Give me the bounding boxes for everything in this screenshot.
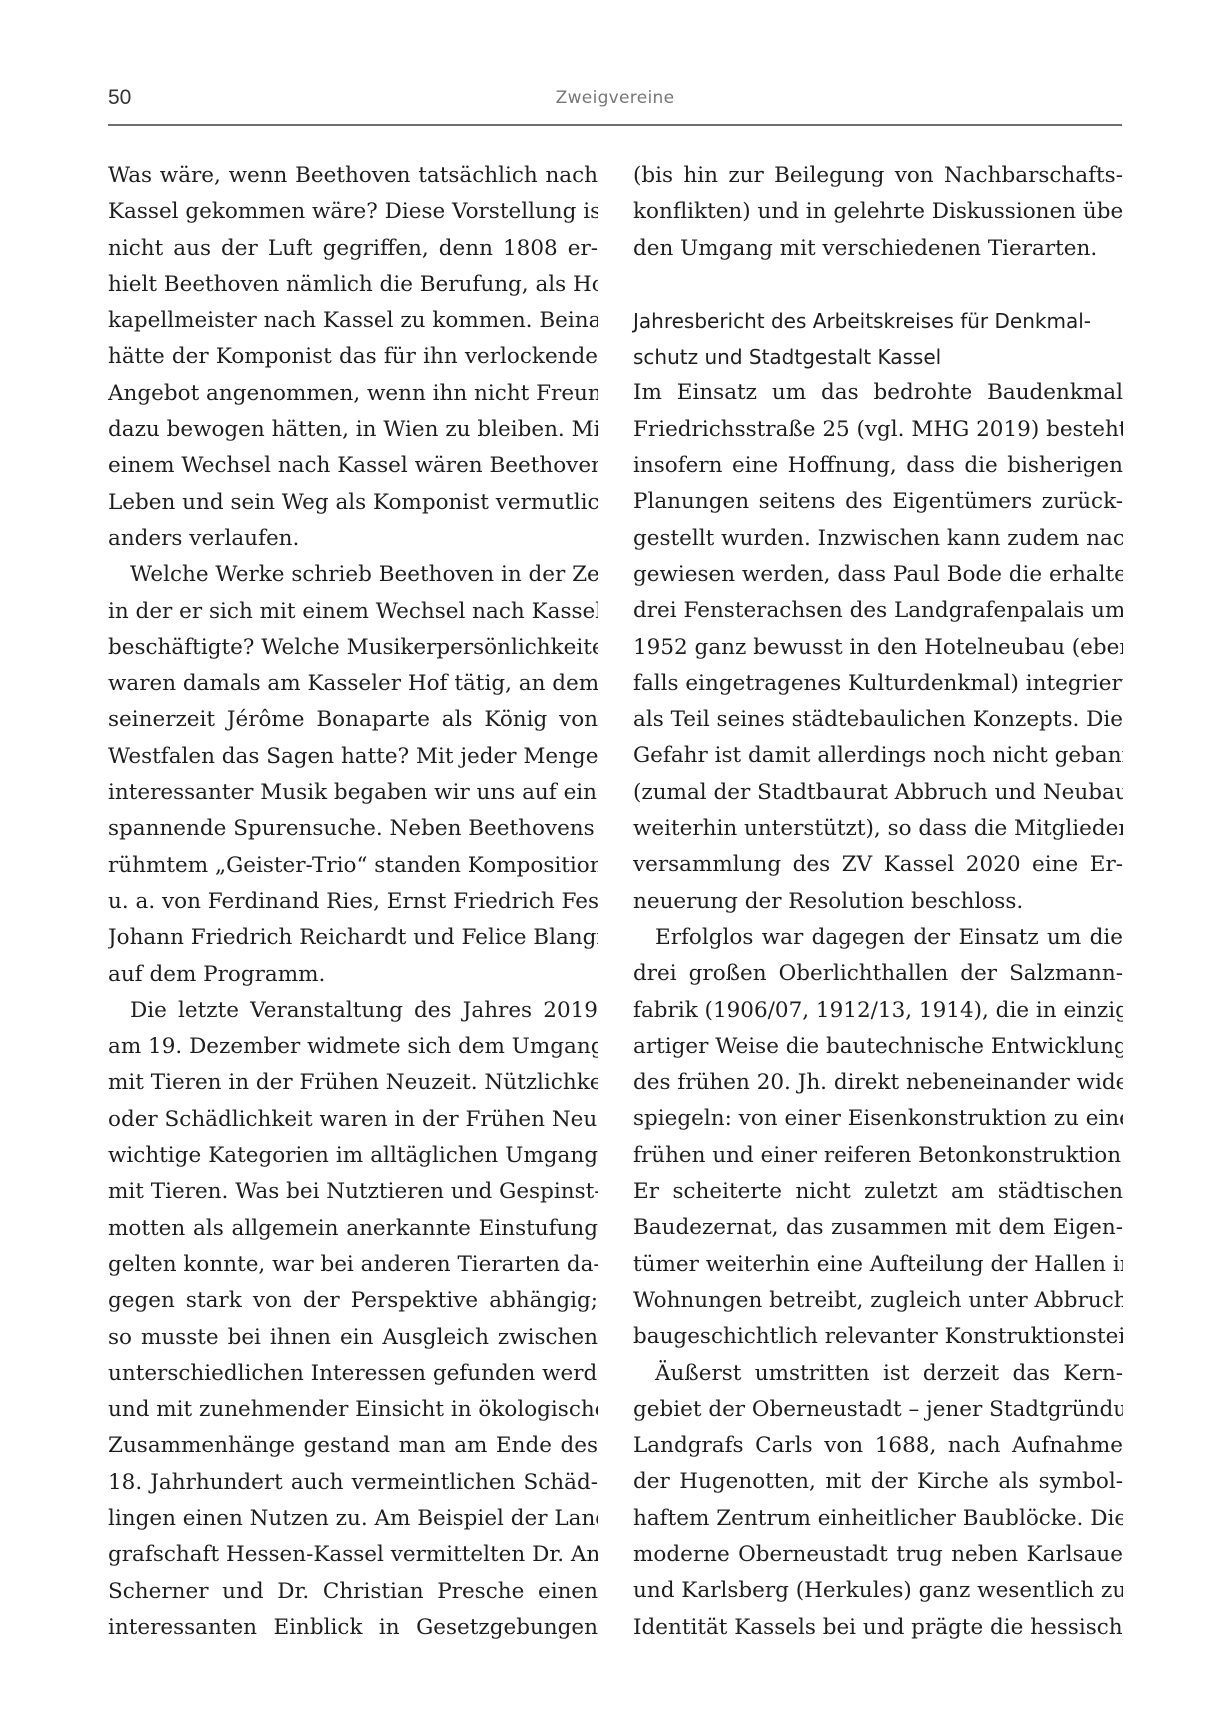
- text-line: oder Schädlichkeit waren in der Frühen N…: [108, 1102, 598, 1138]
- text-line: Äußerst umstritten ist derzeit das Kern-: [633, 1356, 1123, 1392]
- section-spacer: [633, 267, 1123, 303]
- text-line: motten als allgemein anerkannte Einstufu…: [108, 1211, 598, 1247]
- text-line: interessanter Musik begaben wir uns auf …: [108, 775, 598, 811]
- left-column: Was wäre, wenn Beethoven tatsächlich nac…: [108, 158, 598, 1646]
- document-page: 50 Zweigvereine Was wäre, wenn Beethoven…: [0, 0, 1225, 1730]
- section-heading: Jahresbericht des Arbeitskreises für Den…: [633, 303, 1123, 376]
- text-line: neuerung der Resolution beschloss.: [633, 884, 1123, 920]
- text-line: versammlung des ZV Kassel 2020 eine Er-: [633, 847, 1123, 883]
- text-line: haftem Zentrum einheitlicher Baublöcke. …: [633, 1501, 1123, 1537]
- running-head: 50 Zweigvereine: [108, 86, 1122, 116]
- text-line: mit Tieren in der Frühen Neuzeit. Nützli…: [108, 1065, 598, 1101]
- text-line: gebiet der Oberneustadt – jener Stadtgrü…: [633, 1392, 1123, 1428]
- text-line: 18. Jahrhundert auch vermeintlichen Schä…: [108, 1465, 598, 1501]
- text-line: moderne Oberneustadt trug neben Karlsaue: [633, 1537, 1123, 1573]
- text-line: waren damals am Kasseler Hof tätig, an d…: [108, 666, 598, 702]
- text-line: Zusammenhänge gestand man am Ende des: [108, 1428, 598, 1464]
- text-line: mit Tieren. Was bei Nutztieren und Gespi…: [108, 1174, 598, 1210]
- text-line: Welche Werke schrieb Beethoven in der Ze…: [108, 557, 598, 593]
- paragraph: Im Einsatz um das bedrohte Baudenkmal Fr…: [633, 375, 1123, 919]
- text-line: frühen und einer reiferen Betonkonstrukt…: [633, 1138, 1123, 1174]
- text-line: so musste bei ihnen ein Ausgleich zwisch…: [108, 1320, 598, 1356]
- text-line: Johann Friedrich Reichardt und Felice Bl…: [108, 920, 598, 956]
- text-line: Identität Kassels bei und prägte die hes…: [633, 1610, 1123, 1646]
- text-line: Landgrafs Carls von 1688, nach Aufnahme: [633, 1428, 1123, 1464]
- text-line: weiterhin unterstützt), so dass die Mitg…: [633, 811, 1123, 847]
- text-line: Kassel gekommen wäre? Diese Vorstellung …: [108, 194, 598, 230]
- paragraph: Die letzte Veranstaltung des Jahres 2019…: [108, 993, 598, 1646]
- text-line: dazu bewogen hätten, in Wien zu bleiben.…: [108, 412, 598, 448]
- text-line: Die letzte Veranstaltung des Jahres 2019: [108, 993, 598, 1029]
- text-line: falls eingetragenes Kulturdenkmal) integ…: [633, 666, 1123, 702]
- heading-line: schutz und Stadtgestalt Kassel: [633, 339, 1123, 375]
- text-line: einem Wechsel nach Kassel wären Beethove…: [108, 448, 598, 484]
- text-line: Scherner und Dr. Christian Presche einen: [108, 1574, 598, 1610]
- text-line: drei großen Oberlichthallen der Salzmann…: [633, 956, 1123, 992]
- text-line: Erfolglos war dagegen der Einsatz um die: [633, 920, 1123, 956]
- text-line: Planungen seitens des Eigentümers zurück…: [633, 484, 1123, 520]
- text-line: gegen stark von der Perspektive abhängig…: [108, 1283, 598, 1319]
- text-line: u. a. von Ferdinand Ries, Ernst Friedric…: [108, 884, 598, 920]
- text-line: Angebot angenommen, wenn ihn nicht Freun…: [108, 376, 598, 412]
- text-line: als Teil seines städtebaulichen Konzepts…: [633, 702, 1123, 738]
- text-line: Baudezernat, das zusammen mit dem Eigen-: [633, 1210, 1123, 1246]
- header-rule: [108, 124, 1122, 126]
- text-line: wichtige Kategorien im alltäglichen Umga…: [108, 1138, 598, 1174]
- text-line: Leben und sein Weg als Komponist vermutl…: [108, 485, 598, 521]
- text-line: beschäftigte? Welche Musikerpersönlichke…: [108, 630, 598, 666]
- text-line: auf dem Programm.: [108, 957, 598, 993]
- right-column: (bis hin zur Beilegung von Nachbarschaft…: [633, 158, 1123, 1646]
- text-line: grafschaft Hessen-Kassel vermittelten Dr…: [108, 1537, 598, 1573]
- running-section-title: Zweigvereine: [108, 88, 1122, 108]
- text-line: (zumal der Stadtbaurat Abbruch und Neuba…: [633, 775, 1123, 811]
- paragraph: Welche Werke schrieb Beethoven in der Ze…: [108, 557, 598, 993]
- text-line: unterschiedlichen Interessen gefunden we…: [108, 1356, 598, 1392]
- text-line: seinerzeit Jérôme Bonaparte als König vo…: [108, 702, 598, 738]
- text-line: gelten konnte, war bei anderen Tierarten…: [108, 1247, 598, 1283]
- text-line: rühmtem „Geister-Trio“ standen Kompositi…: [108, 848, 598, 884]
- text-line: der Hugenotten, mit der Kirche als symbo…: [633, 1464, 1123, 1500]
- paragraph: Was wäre, wenn Beethoven tatsächlich nac…: [108, 158, 598, 557]
- text-line: Friedrichsstraße 25 (vgl. MHG 2019) best…: [633, 412, 1123, 448]
- text-line: baugeschichtlich relevanter Konstruktion…: [633, 1319, 1123, 1355]
- text-line: insofern eine Hoffnung, dass die bisheri…: [633, 448, 1123, 484]
- text-line: und Karlsberg (Herkules) ganz wesentlich…: [633, 1573, 1123, 1609]
- text-line: drei Fensterachsen des Landgrafenpalais …: [633, 593, 1123, 629]
- text-line: 1952 ganz bewusst in den Hotelneubau (eb…: [633, 630, 1123, 666]
- text-line: am 19. Dezember widmete sich dem Umgang: [108, 1029, 598, 1065]
- text-line: den Umgang mit verschiedenen Tierarten.: [633, 231, 1123, 267]
- text-line: Was wäre, wenn Beethoven tatsächlich nac…: [108, 158, 598, 194]
- text-line: des frühen 20. Jh. direkt nebeneinander …: [633, 1065, 1123, 1101]
- text-line: kapellmeister nach Kassel zu kommen. Bei…: [108, 303, 598, 339]
- text-line: artiger Weise die bautechnische Entwickl…: [633, 1029, 1123, 1065]
- text-line: fabrik (1906/07, 1912/13, 1914), die in …: [633, 993, 1123, 1029]
- text-line: in der er sich mit einem Wechsel nach Ka…: [108, 594, 598, 630]
- text-line: lingen einen Nutzen zu. Am Beispiel der …: [108, 1501, 598, 1537]
- text-line: Im Einsatz um das bedrohte Baudenkmal: [633, 375, 1123, 411]
- text-line: konflikten) und in gelehrte Diskussionen…: [633, 194, 1123, 230]
- text-line: gewiesen werden, dass Paul Bode die erha…: [633, 557, 1123, 593]
- text-line: spiegeln: von einer Eisenkonstruktion zu…: [633, 1101, 1123, 1137]
- text-line: (bis hin zur Beilegung von Nachbarschaft…: [633, 158, 1123, 194]
- text-line: Er scheiterte nicht zuletzt am städtisch…: [633, 1174, 1123, 1210]
- text-line: anders verlaufen.: [108, 521, 598, 557]
- text-line: Westfalen das Sagen hatte? Mit jeder Men…: [108, 739, 598, 775]
- heading-line: Jahresbericht des Arbeitskreises für Den…: [633, 303, 1123, 339]
- text-line: hielt Beethoven nämlich die Berufung, al…: [108, 267, 598, 303]
- text-line: nicht aus der Luft gegriffen, denn 1808 …: [108, 231, 598, 267]
- text-line: tümer weiterhin eine Aufteilung der Hall…: [633, 1247, 1123, 1283]
- text-line: Gefahr ist damit allerdings noch nicht g…: [633, 738, 1123, 774]
- text-line: Wohnungen betreibt, zugleich unter Abbru…: [633, 1283, 1123, 1319]
- paragraph-continuation: (bis hin zur Beilegung von Nachbarschaft…: [633, 158, 1123, 267]
- text-line: gestellt wurden. Inzwischen kann zudem n…: [633, 521, 1123, 557]
- paragraph: Äußerst umstritten ist derzeit das Kern-…: [633, 1356, 1123, 1646]
- text-line: spannende Spurensuche. Neben Beethovens …: [108, 811, 598, 847]
- paragraph: Erfolglos war dagegen der Einsatz um die…: [633, 920, 1123, 1356]
- text-line: und mit zunehmender Einsicht in ökologis…: [108, 1392, 598, 1428]
- text-line: hätte der Komponist das für ihn verlocke…: [108, 339, 598, 375]
- text-line: interessanten Einblick in Gesetzgebungen: [108, 1610, 598, 1646]
